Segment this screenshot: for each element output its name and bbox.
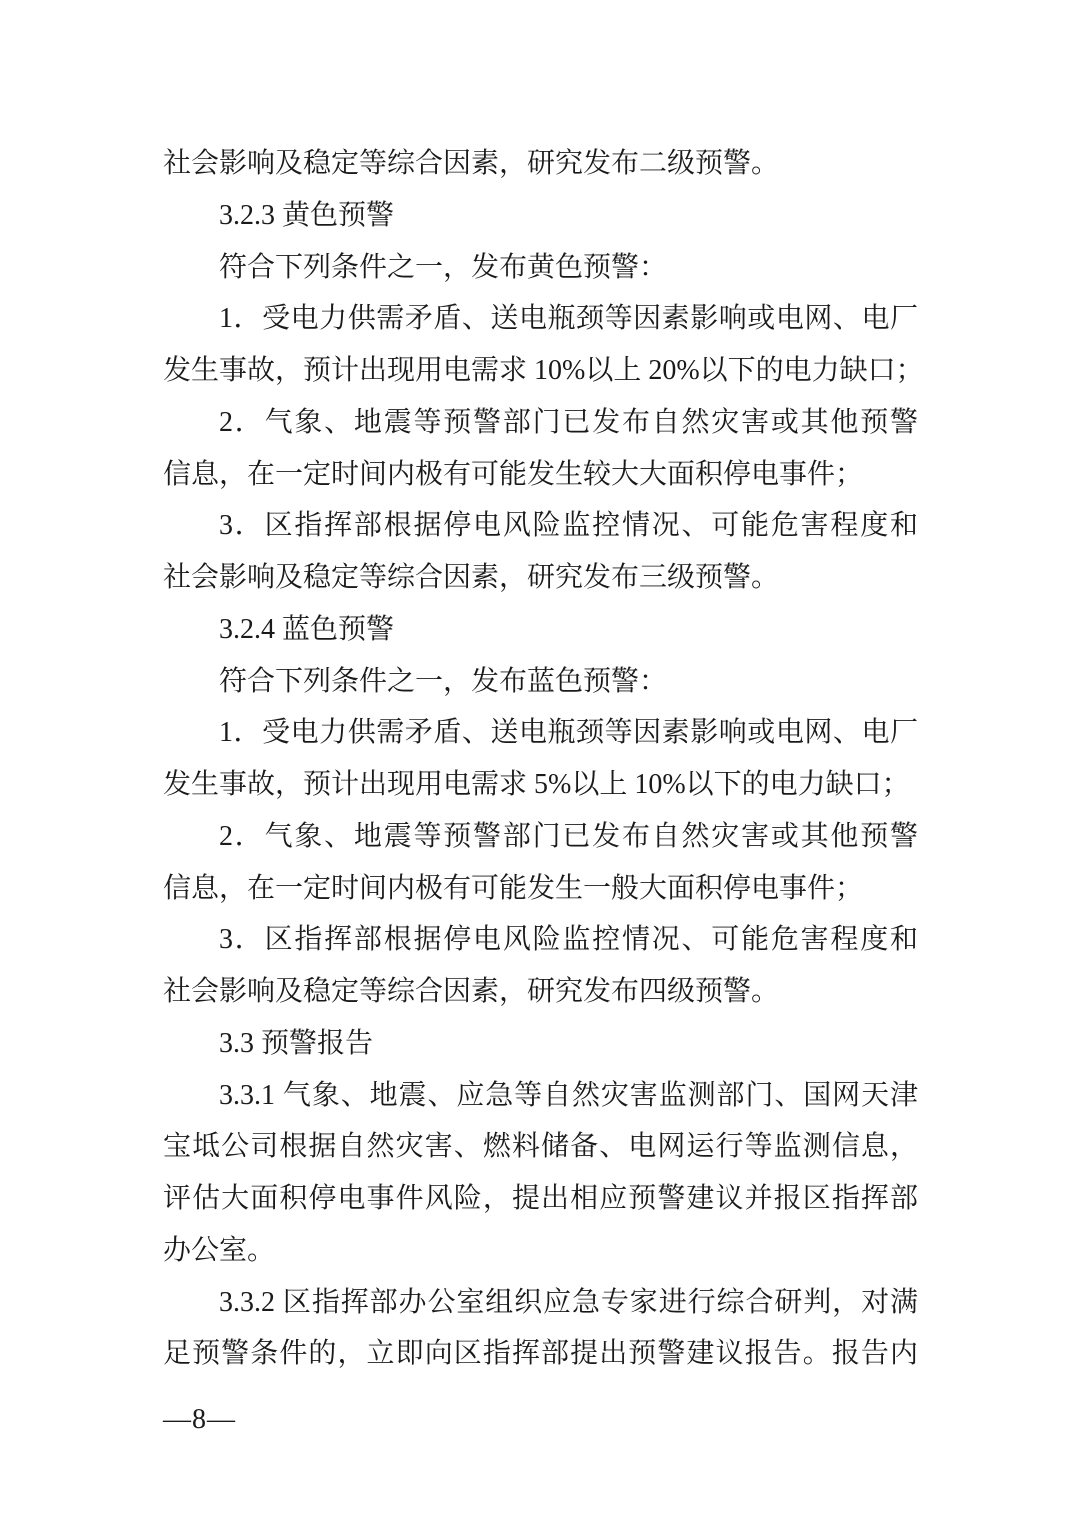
list-item-line: 3．区指挥部根据停电风险监控情况、可能危害程度和 bbox=[163, 500, 918, 552]
paragraph-line: 符合下列条件之一，发布黄色预警： bbox=[163, 242, 918, 294]
document-page: 社会影响及稳定等综合因素，研究发布二级预警。3.2.3 黄色预警符合下列条件之一… bbox=[0, 0, 1074, 1520]
paragraph-line: 符合下列条件之一，发布蓝色预警： bbox=[163, 656, 918, 708]
section-heading: 3.3 预警报告 bbox=[163, 1018, 918, 1070]
paragraph-line: 信息，在一定时间内极有可能发生一般大面积停电事件； bbox=[163, 863, 918, 915]
paragraph-line: 发生事故，预计出现用电需求 5%以上 10%以下的电力缺口； bbox=[163, 759, 918, 811]
paragraph-line: 足预警条件的，立即向区指挥部提出预警建议报告。报告内 bbox=[163, 1328, 918, 1380]
paragraph-line: 3.3.1 气象、地震、应急等自然灾害监测部门、国网天津 bbox=[163, 1070, 918, 1122]
paragraph-line: 评估大面积停电事件风险，提出相应预警建议并报区指挥部 bbox=[163, 1173, 918, 1225]
list-item-line: 2．气象、地震等预警部门已发布自然灾害或其他预警 bbox=[163, 397, 918, 449]
list-item-line: 3．区指挥部根据停电风险监控情况、可能危害程度和 bbox=[163, 914, 918, 966]
paragraph-line: 发生事故，预计出现用电需求 10%以上 20%以下的电力缺口； bbox=[163, 345, 918, 397]
document-body: 社会影响及稳定等综合因素，研究发布二级预警。3.2.3 黄色预警符合下列条件之一… bbox=[163, 138, 918, 1380]
list-item-line: 1．受电力供需矛盾、送电瓶颈等因素影响或电网、电厂 bbox=[163, 293, 918, 345]
paragraph-line: 3.3.2 区指挥部办公室组织应急专家进行综合研判，对满 bbox=[163, 1277, 918, 1329]
paragraph-line: 信息，在一定时间内极有可能发生较大大面积停电事件； bbox=[163, 449, 918, 501]
paragraph-continuation: 社会影响及稳定等综合因素，研究发布二级预警。 bbox=[163, 138, 918, 190]
paragraph-line: 社会影响及稳定等综合因素，研究发布三级预警。 bbox=[163, 552, 918, 604]
section-heading: 3.2.3 黄色预警 bbox=[163, 190, 918, 242]
paragraph-line: 办公室。 bbox=[163, 1225, 918, 1277]
page-number: —8— bbox=[163, 1400, 236, 1440]
section-heading: 3.2.4 蓝色预警 bbox=[163, 604, 918, 656]
paragraph-line: 社会影响及稳定等综合因素，研究发布四级预警。 bbox=[163, 966, 918, 1018]
list-item-line: 2．气象、地震等预警部门已发布自然灾害或其他预警 bbox=[163, 811, 918, 863]
list-item-line: 1．受电力供需矛盾、送电瓶颈等因素影响或电网、电厂 bbox=[163, 707, 918, 759]
paragraph-line: 宝坻公司根据自然灾害、燃料储备、电网运行等监测信息， bbox=[163, 1121, 918, 1173]
